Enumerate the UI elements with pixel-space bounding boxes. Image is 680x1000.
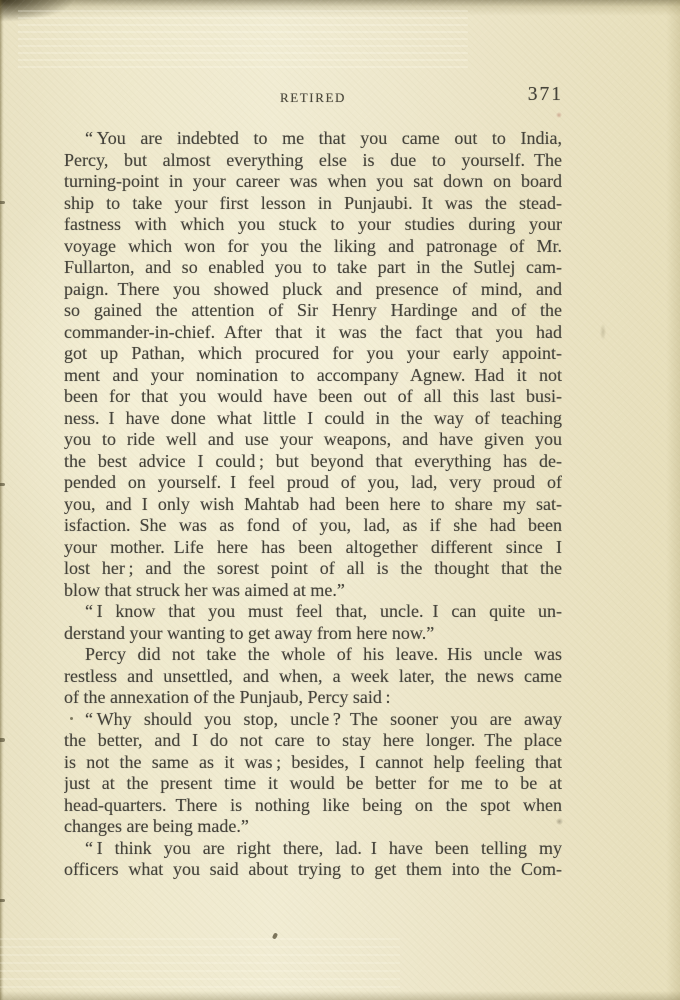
scan-edge-mark bbox=[0, 201, 5, 204]
running-head-title: RETIRED bbox=[64, 90, 562, 106]
text-line: Fullarton, and so enabled you to take pa… bbox=[64, 257, 562, 279]
text-line: you to ride well and use your weapons, a… bbox=[64, 429, 562, 451]
paragraph: “ Why should you stop, uncle ? The soone… bbox=[64, 709, 562, 838]
text-line: commander-in-chief. After that it was th… bbox=[64, 322, 562, 344]
text-line: “ You are indebted to me that you came o… bbox=[64, 128, 562, 150]
text-line: ship to take your first lesson in Punjau… bbox=[64, 193, 562, 215]
paragraph: Percy did not take the whole of his leav… bbox=[64, 644, 562, 709]
text-line: turning-point in your career was when yo… bbox=[64, 171, 562, 193]
scan-streaks-top bbox=[18, 10, 468, 72]
text-line: of the annexation of the Punjaub, Percy … bbox=[64, 687, 562, 709]
book-page-scan: RETIRED 371 “ You are indebted to me tha… bbox=[0, 0, 680, 1000]
text-line: restless and unsettled, and when, a week… bbox=[64, 666, 562, 688]
scan-edge-mark bbox=[0, 483, 5, 486]
text-block: “ You are indebted to me that you came o… bbox=[64, 128, 562, 881]
text-line: been for that you would have been out of… bbox=[64, 386, 562, 408]
text-line: derstand your wanting to get away from h… bbox=[64, 623, 562, 645]
text-line: Percy did not take the whole of his leav… bbox=[64, 644, 562, 666]
text-line: head-quarters. There is nothing like bei… bbox=[64, 795, 562, 817]
text-line: lost her ; and the sorest point of all i… bbox=[64, 558, 562, 580]
text-line: so gained the attention of Sir Henry Har… bbox=[64, 300, 562, 322]
text-line: “ I know that you must feel that, uncle.… bbox=[64, 601, 562, 623]
text-line: paign. There you showed pluck and presen… bbox=[64, 279, 562, 301]
text-line: fastness with which you stuck to your st… bbox=[64, 214, 562, 236]
scan-edge-bottom bbox=[0, 991, 680, 1000]
text-line: Percy, but almost everything else is due… bbox=[64, 150, 562, 172]
scan-edge-left bbox=[0, 0, 4, 1000]
text-line: the better, and I do not care to stay he… bbox=[64, 730, 562, 752]
text-line: pended on yourself. I feel proud of you,… bbox=[64, 472, 562, 494]
text-line: ness. I have done what little I could in… bbox=[64, 408, 562, 430]
text-line: the best advice I could ; but beyond tha… bbox=[64, 451, 562, 473]
text-line: you, and I only wish Mahtab had been her… bbox=[64, 494, 562, 516]
scan-speck bbox=[600, 324, 606, 340]
text-line: got up Pathan, which procured for you yo… bbox=[64, 343, 562, 365]
scan-edge-mark bbox=[0, 899, 5, 902]
scan-speck bbox=[556, 818, 563, 825]
paragraph: “ I think you are right there, lad. I ha… bbox=[64, 838, 562, 881]
scan-speck bbox=[70, 717, 73, 720]
text-line: “ Why should you stop, uncle ? The soone… bbox=[64, 709, 562, 731]
scan-edge-mark bbox=[0, 738, 5, 742]
text-line: officers what you said about trying to g… bbox=[64, 859, 562, 881]
paragraph: “ You are indebted to me that you came o… bbox=[64, 128, 562, 601]
scan-edge-right bbox=[666, 0, 680, 1000]
scan-streaks-bottom bbox=[0, 938, 400, 990]
text-line: “ I think you are right there, lad. I ha… bbox=[64, 838, 562, 860]
paragraph: “ I know that you must feel that, uncle.… bbox=[64, 601, 562, 644]
text-line: isfaction. She was as fond of you, lad, … bbox=[64, 515, 562, 537]
text-line: blow that struck her was aimed at me.” bbox=[64, 580, 562, 602]
text-line: is not the same as it was ; besides, I c… bbox=[64, 752, 562, 774]
text-line: ment and your nomination to accompany Ag… bbox=[64, 365, 562, 387]
text-line: changes are being made.” bbox=[64, 816, 562, 838]
page-number: 371 bbox=[528, 84, 563, 106]
text-line: your mother. Life here has been altogeth… bbox=[64, 537, 562, 559]
text-line: voyage which won for you the liking and … bbox=[64, 236, 562, 258]
text-line: just at the present time it would be bet… bbox=[64, 773, 562, 795]
scan-speck bbox=[556, 112, 562, 118]
